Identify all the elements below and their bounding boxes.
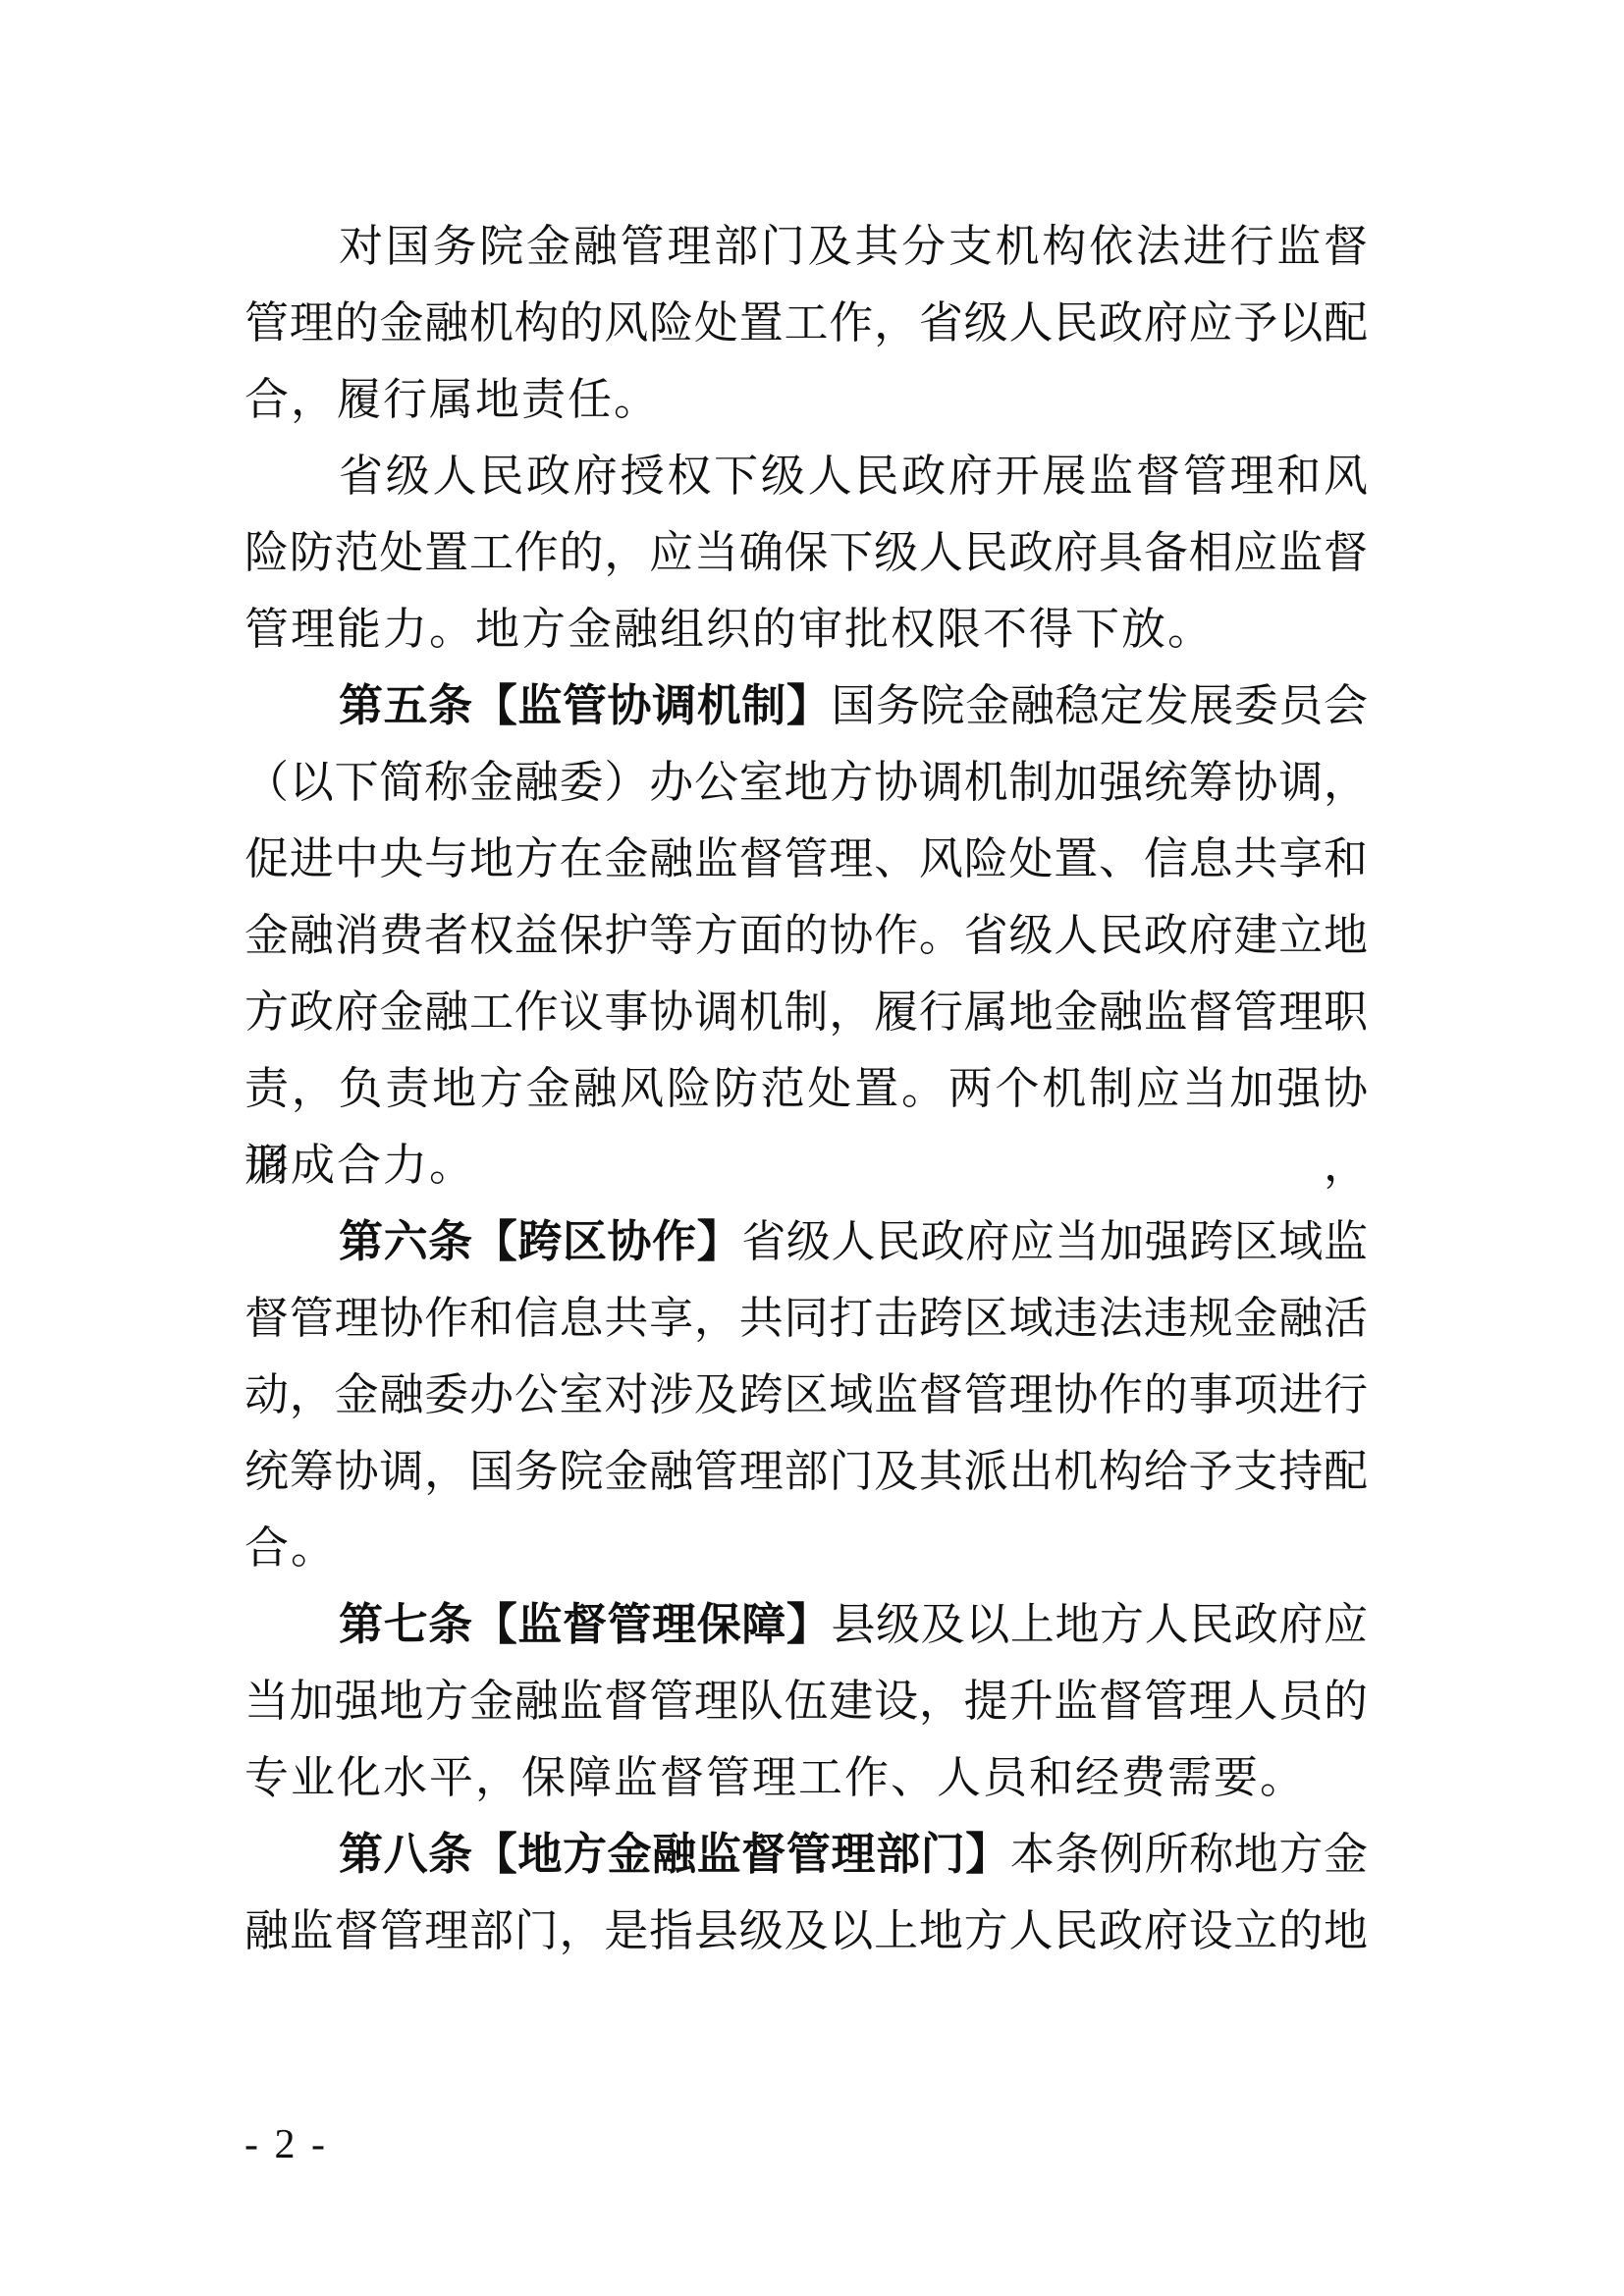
text-line: 对国务院金融管理部门及其分支机构依法进行监督	[244, 208, 1368, 285]
article-heading: 第七条【监督管理保障】	[339, 1600, 832, 1649]
text-line: 合，履行属地责任。	[244, 361, 1368, 438]
text-line: 合。	[244, 1510, 1368, 1586]
text-line: 统筹协调，国务院金融管理部门及其派出机构给予支持配	[244, 1433, 1368, 1510]
text-line: 动，金融委办公室对涉及跨区域监督管理协作的事项进行	[244, 1357, 1368, 1433]
text-line: 第八条【地方金融监督管理部门】本条例所称地方金	[244, 1816, 1368, 1893]
body-text: 促进中央与地方在金融监督管理、风险处置、信息共享和	[244, 834, 1368, 883]
body-text: （以下简称金融委）办公室地方协调机制加强统筹协调，	[244, 758, 1368, 807]
body-text: 统筹协调，国务院金融管理部门及其派出机构给予支持配	[244, 1447, 1368, 1496]
text-line: 责，负责地方金融风险防范处置。两个机制应当加强协调，	[244, 1050, 1368, 1127]
body-text: 管理的金融机构的风险处置工作，省级人民政府应予以配	[244, 298, 1368, 347]
document-page: 对国务院金融管理部门及其分支机构依法进行监督管理的金融机构的风险处置工作，省级人…	[0, 0, 1624, 2296]
body-text: 融监督管理部门，是指县级及以上地方人民政府设立的地	[244, 1906, 1368, 1955]
body-text: 管理能力。地方金融组织的审批权限不得下放。	[244, 605, 1214, 654]
body-text: 险防范处置工作的，应当确保下级人民政府具备相应监督	[244, 528, 1368, 577]
text-line: 方政府金融工作议事协调机制，履行属地金融监督管理职	[244, 974, 1368, 1050]
body-text: 当加强地方金融监督管理队伍建设，提升监督管理人员的	[244, 1677, 1368, 1726]
text-line: 第七条【监督管理保障】县级及以上地方人民政府应	[244, 1586, 1368, 1663]
body-text: 国务院金融稳定发展委员会	[832, 681, 1369, 730]
page-number: - 2 -	[244, 2107, 328, 2183]
body-text: 对国务院金融管理部门及其分支机构依法进行监督	[339, 222, 1368, 271]
body-text: 动，金融委办公室对涉及跨区域监督管理协作的事项进行	[244, 1370, 1368, 1419]
body-text: 督管理协作和信息共享，共同打击跨区域违法违规金融活	[244, 1294, 1368, 1343]
body-text: 专业化水平，保障监督管理工作、人员和经费需要。	[244, 1753, 1306, 1802]
article-heading: 第五条【监管协调机制】	[339, 681, 832, 730]
text-line: 融监督管理部门，是指县级及以上地方人民政府设立的地	[244, 1893, 1368, 1969]
body-text: 合。	[244, 1523, 337, 1573]
text-line: 第六条【跨区协作】省级人民政府应当加强跨区域监	[244, 1203, 1368, 1280]
text-line: 第五条【监管协调机制】国务院金融稳定发展委员会	[244, 667, 1368, 744]
body-text: 合，履行属地责任。	[244, 375, 660, 424]
body-text: 省级人民政府应当加强跨区域监	[741, 1217, 1368, 1266]
text-line: （以下简称金融委）办公室地方协调机制加强统筹协调，	[244, 744, 1368, 821]
document-body: 对国务院金融管理部门及其分支机构依法进行监督管理的金融机构的风险处置工作，省级人…	[244, 208, 1368, 1969]
text-line: 省级人民政府授权下级人民政府开展监督管理和风	[244, 438, 1368, 514]
text-line: 金融消费者权益保护等方面的协作。省级人民政府建立地	[244, 897, 1368, 974]
text-line: 险防范处置工作的，应当确保下级人民政府具备相应监督	[244, 514, 1368, 591]
body-text: 方政府金融工作议事协调机制，履行属地金融监督管理职	[244, 988, 1368, 1037]
text-line: 管理能力。地方金融组织的审批权限不得下放。	[244, 591, 1368, 667]
text-line: 督管理协作和信息共享，共同打击跨区域违法违规金融活	[244, 1280, 1368, 1357]
body-text: 省级人民政府授权下级人民政府开展监督管理和风	[339, 452, 1368, 501]
body-text: 形成合力。	[244, 1141, 475, 1190]
body-text: 本条例所称地方金	[1010, 1830, 1368, 1879]
body-text: 金融消费者权益保护等方面的协作。省级人民政府建立地	[244, 911, 1368, 960]
text-line: 当加强地方金融监督管理队伍建设，提升监督管理人员的	[244, 1663, 1368, 1739]
text-line: 专业化水平，保障监督管理工作、人员和经费需要。	[244, 1739, 1368, 1816]
article-heading: 第八条【地方金融监督管理部门】	[339, 1830, 1010, 1879]
text-line: 管理的金融机构的风险处置工作，省级人民政府应予以配	[244, 285, 1368, 361]
body-text: 县级及以上地方人民政府应	[832, 1600, 1369, 1649]
article-heading: 第六条【跨区协作】	[339, 1217, 741, 1266]
text-line: 促进中央与地方在金融监督管理、风险处置、信息共享和	[244, 821, 1368, 897]
